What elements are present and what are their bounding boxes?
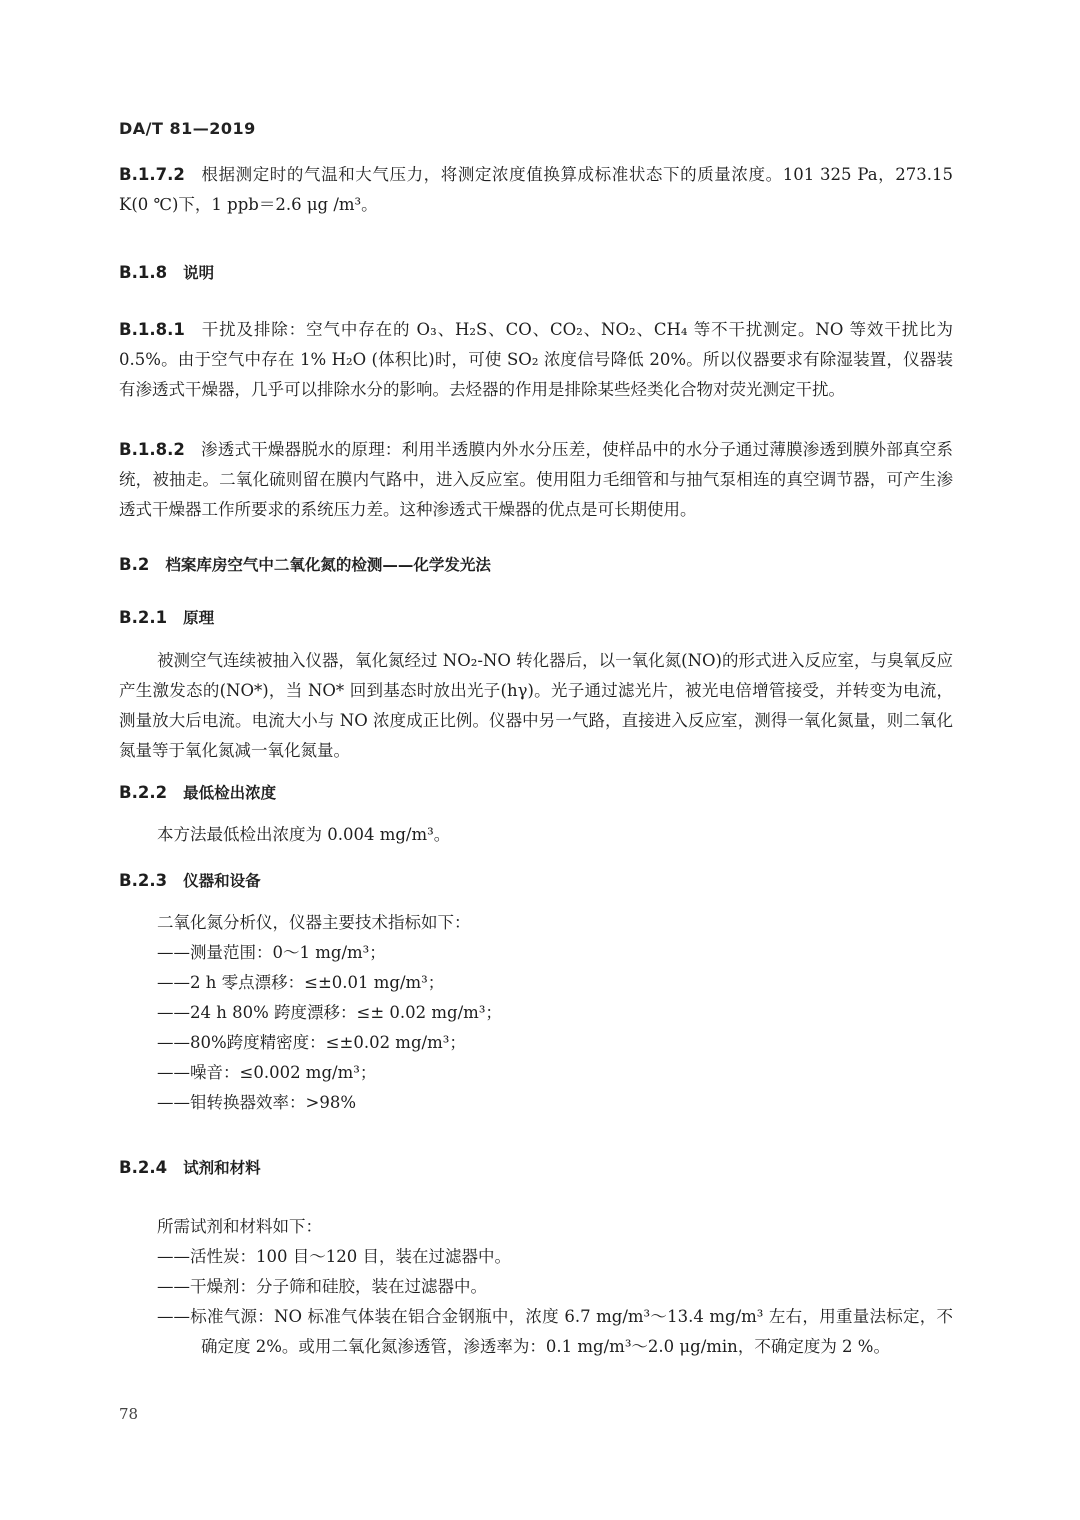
list-item: ——24 h 80% 跨度漂移：≤± 0.02 mg/m³； [119, 998, 953, 1028]
clause-number: B.1.8.1 [119, 320, 185, 339]
list-item: ——活性炭：100 目～120 目，装在过滤器中。 [119, 1242, 953, 1272]
list-item: ——测量范围：0～1 mg/m³； [119, 938, 953, 968]
materials-intro: 所需试剂和材料如下： [119, 1212, 953, 1242]
heading-title: 原理 [183, 609, 214, 627]
clause-b172: B.1.7.2根据测定时的气温和大气压力，将测定浓度值换算成标准状态下的质量浓度… [119, 160, 953, 220]
heading-title: 试剂和材料 [183, 1159, 261, 1177]
heading-number: B.2.1 [119, 608, 167, 627]
heading-number: B.2.2 [119, 783, 167, 802]
document-page: DA/T 81—2019 B.1.7.2根据测定时的气温和大气压力，将测定浓度值… [0, 0, 1080, 1520]
paragraph-detection-limit: 本方法最低检出浓度为 0.004 mg/m³。 [119, 820, 991, 850]
equipment-list: 二氧化氮分析仪，仪器主要技术指标如下： ——测量范围：0～1 mg/m³； ——… [119, 908, 953, 1118]
heading-number: B.2.3 [119, 871, 167, 890]
heading-number: B.1.8 [119, 263, 167, 282]
heading-b18: B.1.8说明 [119, 258, 953, 288]
clause-text: 根据测定时的气温和大气压力，将测定浓度值换算成标准状态下的质量浓度。101 32… [119, 165, 953, 214]
heading-title: 仪器和设备 [183, 872, 261, 890]
heading-b2: B.2档案库房空气中二氧化氮的检测——化学发光法 [119, 550, 953, 580]
heading-b21: B.2.1原理 [119, 603, 953, 633]
list-item: ——干燥剂：分子筛和硅胶，装在过滤器中。 [119, 1272, 953, 1302]
heading-title: 说明 [183, 264, 214, 282]
heading-title: 最低检出浓度 [183, 784, 276, 802]
equipment-intro: 二氧化氮分析仪，仪器主要技术指标如下： [119, 908, 953, 938]
list-item: ——80%跨度精密度：≤±0.02 mg/m³； [119, 1028, 953, 1058]
clause-text: 干扰及排除：空气中存在的 O₃、H₂S、CO、CO₂、NO₂、CH₄ 等不干扰测… [119, 320, 953, 399]
clause-b181: B.1.8.1干扰及排除：空气中存在的 O₃、H₂S、CO、CO₂、NO₂、CH… [119, 315, 953, 405]
list-item: ——钼转换器效率：>98% [119, 1088, 953, 1118]
clause-text: 渗透式干燥器脱水的原理：利用半透膜内外水分压差，使样品中的水分子通过薄膜渗透到膜… [119, 440, 953, 519]
heading-number: B.2 [119, 555, 149, 574]
list-item: ——标准气源：NO 标准气体装在铝合金钢瓶中，浓度 6.7 mg/m³～13.4… [119, 1302, 953, 1362]
heading-title: 档案库房空气中二氧化氮的检测——化学发光法 [165, 556, 491, 574]
list-item: ——噪音：≤0.002 mg/m³； [119, 1058, 953, 1088]
document-code: DA/T 81—2019 [119, 119, 256, 138]
clause-number: B.1.8.2 [119, 440, 185, 459]
heading-b23: B.2.3仪器和设备 [119, 866, 953, 896]
materials-list: 所需试剂和材料如下： ——活性炭：100 目～120 目，装在过滤器中。 ——干… [119, 1212, 953, 1362]
paragraph-principle: 被测空气连续被抽入仪器，氧化氮经过 NO₂-NO 转化器后，以一氧化氮(NO)的… [119, 646, 953, 766]
clause-number: B.1.7.2 [119, 165, 185, 184]
heading-number: B.2.4 [119, 1158, 167, 1177]
heading-b22: B.2.2最低检出浓度 [119, 778, 953, 808]
heading-b24: B.2.4试剂和材料 [119, 1153, 953, 1183]
page-number: 78 [119, 1405, 138, 1423]
list-item: ——2 h 零点漂移：≤±0.01 mg/m³； [119, 968, 953, 998]
clause-b182: B.1.8.2渗透式干燥器脱水的原理：利用半透膜内外水分压差，使样品中的水分子通… [119, 435, 953, 525]
